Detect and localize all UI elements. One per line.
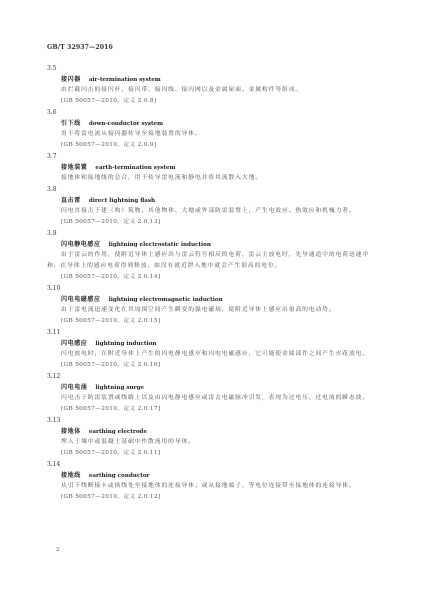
entry-number: 3.12 [47,371,375,382]
term-reference: [GB 50057—2010，定义 2.0.11] [47,448,375,459]
entry-number: 3.14 [47,459,375,470]
term-reference: [GB 50057—2010，定义 2.0.9] [47,140,375,151]
term-zh: 引下线 [61,120,81,127]
term-definition: 埋入土壤中或混凝土基础中作散流用的导体。 [47,437,375,448]
term-entry-3-6: 3.6 引下线down-conductor system 用于将雷电流从接闪器传… [47,107,375,151]
term-en: lightning electromagnetic induction [109,297,223,303]
term-en: down-conductor system [89,121,163,127]
document-page: GB/T 32937—2016 3.5 接闪器air-termination s… [0,0,423,600]
term-entry-3-12: 3.12 闪电电涌lightning surge 闪电击于防雷装置或线路上以及由… [47,371,375,415]
term-en: earth-termination system [95,165,175,171]
term-entry-3-11: 3.11 闪电感应lightning induction 闪电放电时，在附近导体… [47,327,375,371]
term-heading: 闪电静电感应lightning electrostatic induction [47,239,375,250]
entry-number: 3.6 [47,107,375,118]
term-heading: 接地体earthing electrode [47,426,375,437]
term-en: earthing electrode [89,429,147,435]
term-definition: 闪电直接击于建（构）筑物、其他物体、大地或外部防雷装置上，产生电效应、热效应和机… [47,206,375,217]
entry-number: 3.5 [47,63,375,74]
entry-number: 3.8 [47,184,375,195]
term-entry-3-10: 3.10 闪电电磁感应lightning electromagnetic ind… [47,283,375,327]
page-number: 2 [56,547,60,553]
term-definition: 闪电击于防雷装置或线路上以及由闪电静电感应或雷击电磁脉冲引发，表现为过电压、过电… [47,393,375,404]
term-heading: 引下线down-conductor system [47,118,375,129]
term-heading: 接地装置earth-termination system [47,162,375,173]
term-definition: 由于雷电流迅速变化在其周围空间产生瞬变的强电磁场，使附近导体上感应出很高的电动势… [47,305,375,316]
term-en: air-termination system [89,77,161,83]
standard-code-header: GB/T 32937—2016 [47,44,113,51]
term-heading: 直击雷direct lightning flash [47,195,375,206]
term-entry-3-9: 3.9 闪电静电感应lightning electrostatic induct… [47,228,375,283]
term-zh: 闪电静电感应 [61,241,101,248]
term-heading: 闪电电涌lightning surge [47,382,375,393]
term-reference: [GB 50057—2010，定义 2.0.13] [47,217,375,228]
term-heading: 接地线earthing conductor [47,470,375,481]
term-en: direct lightning flash [89,198,155,204]
term-definition: 由于雷云的作用，使附近导体上感应出与雷云符号相反的电荷，雷云主放电时，先导通道中… [47,250,375,272]
term-zh: 闪电感应 [61,340,87,347]
term-reference: [GB 50057—2010，定义 2.0.8] [47,96,375,107]
term-reference: [GB 50057—2010，定义 2.0.12] [47,492,375,503]
term-entry-3-8: 3.8 直击雷direct lightning flash 闪电直接击于建（构）… [47,184,375,228]
term-definition: 由拦截闪击的接闪杆、接闪带、接闪线、接闪网以及金属屋面、金属构件等组成。 [47,85,375,96]
term-zh: 接闪器 [61,76,81,83]
term-definition: 从引下线断接卡或换线处至接地体的连接导体；或从接地端子、等电位连接带至接地体的连… [47,481,375,492]
terms-list: 3.5 接闪器air-termination system 由拦截闪击的接闪杆、… [47,63,375,503]
entry-number: 3.11 [47,327,375,338]
term-definition: 用于将雷电流从接闪器传导至接地装置的导体。 [47,129,375,140]
entry-number: 3.13 [47,415,375,426]
term-en: lightning surge [95,385,144,391]
term-zh: 接地体 [61,428,81,435]
term-heading: 接闪器air-termination system [47,74,375,85]
term-reference: [GB 50057—2010，定义 2.0.15] [47,316,375,327]
term-en: lightning induction [95,341,156,347]
entry-number: 3.10 [47,283,375,294]
term-reference: [GB 50057—2010，定义 2.0.17] [47,404,375,415]
term-heading: 闪电电磁感应lightning electromagnetic inductio… [47,294,375,305]
term-reference: [GB 50057—2010，定义 2.0.14] [47,272,375,283]
entry-number: 3.7 [47,151,375,162]
term-entry-3-7: 3.7 接地装置earth-termination system 接地体和接地线… [47,151,375,184]
term-definition: 接地体和接地线的总合，用于传导雷电流和静电并将其流散入大地。 [47,173,375,184]
term-zh: 接地线 [61,472,81,479]
term-entry-3-13: 3.13 接地体earthing electrode 埋入土壤中或混凝土基础中作… [47,415,375,459]
term-definition: 闪电放电时，在附近导体上产生的闪电静电感应和闪电电磁感应，它可能使金属部件之间产… [47,349,375,360]
term-en: earthing conductor [89,473,150,479]
term-zh: 闪电电磁感应 [61,296,101,303]
entry-number: 3.9 [47,228,375,239]
term-zh: 直击雷 [61,197,81,204]
term-zh: 闪电电涌 [61,384,87,391]
term-heading: 闪电感应lightning induction [47,338,375,349]
term-entry-3-14: 3.14 接地线earthing conductor 从引下线断接卡或换线处至接… [47,459,375,503]
term-en: lightning electrostatic induction [109,242,211,248]
term-reference: [GB 50057—2010，定义 2.0.16] [47,360,375,371]
term-entry-3-5: 3.5 接闪器air-termination system 由拦截闪击的接闪杆、… [47,63,375,107]
term-zh: 接地装置 [61,164,87,171]
